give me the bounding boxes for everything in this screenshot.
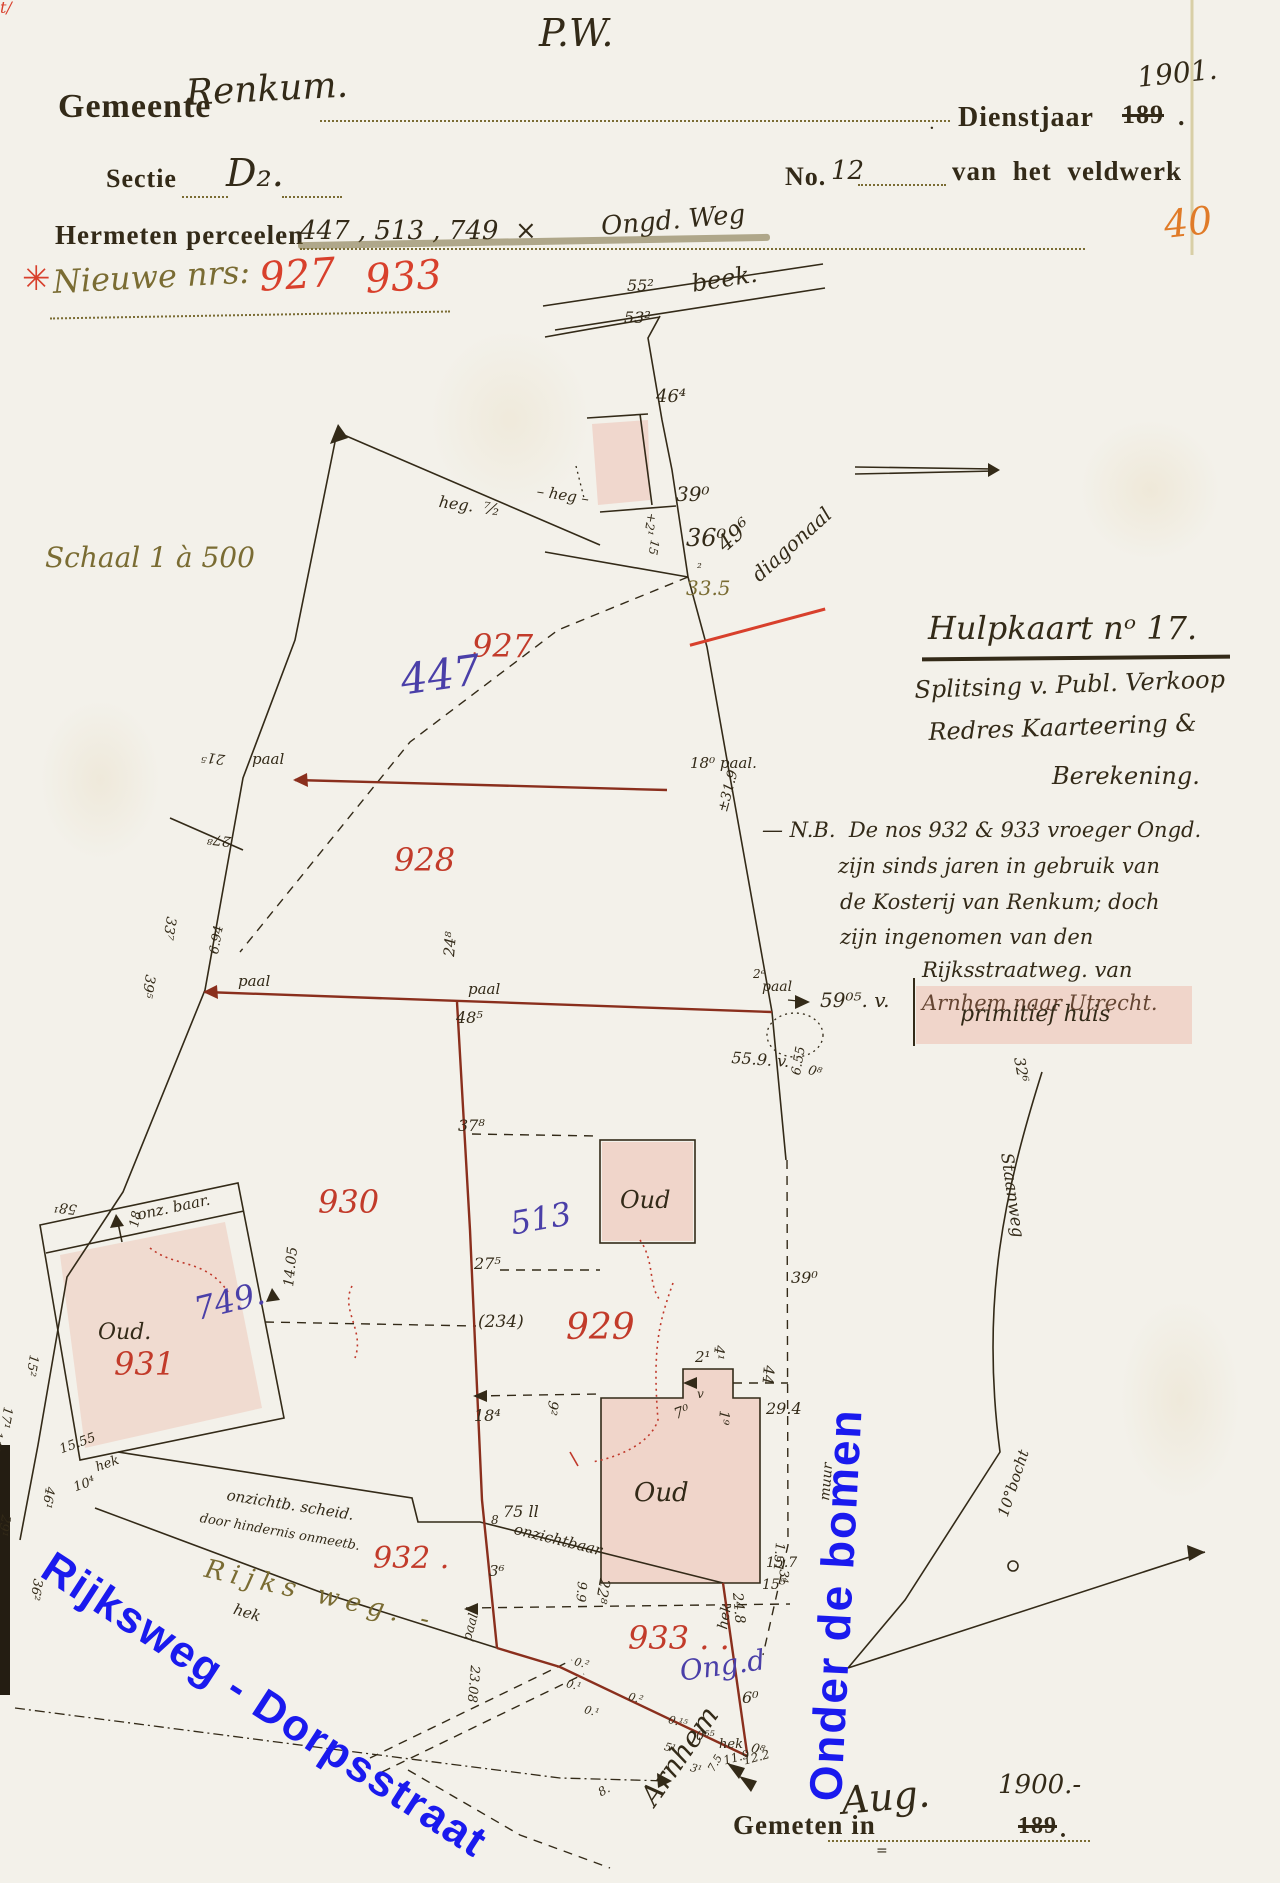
note-divider	[913, 978, 915, 1046]
map-label-9: +2¹	[642, 512, 658, 536]
dotted-rule	[320, 120, 950, 122]
map-label-73: 932 .	[373, 1544, 449, 1574]
map-label-44: 1.51	[771, 1542, 786, 1572]
new-numbers-star: ✳	[22, 262, 51, 296]
map-label-77: 3⁶	[489, 1564, 505, 1579]
parcel-931-wash	[60, 1222, 262, 1448]
map-label-21: 27⁸	[207, 831, 232, 848]
gemeente-value: Renkum.	[185, 68, 349, 112]
map-label-16: 927	[472, 630, 533, 662]
primitief-huis-label: primitief huis	[960, 1004, 1110, 1026]
scan-edge-mark	[0, 1445, 10, 1695]
map-label-59: 58¹	[53, 1199, 78, 1216]
map-label-53: Oud	[620, 1188, 671, 1212]
red-arrowheads	[203, 773, 308, 999]
map-label-31: 59⁰⁵. v.	[820, 990, 889, 1010]
map-label-14: 18⁰ paal.	[690, 756, 757, 771]
sheet-number: 40	[1162, 201, 1214, 244]
map-label-18: 928	[394, 844, 455, 876]
map-label-6: 39⁰	[676, 484, 709, 504]
map-label-35: 32⁶	[1011, 1056, 1030, 1083]
gemeten-value: Aug.	[840, 1774, 931, 1820]
no-label: No.	[785, 164, 826, 190]
map-label-30: paal	[762, 980, 792, 994]
map-label-93: 0.¹	[583, 1704, 600, 1718]
map-label-48: 9.9	[573, 1581, 588, 1603]
map-label-49: 930	[318, 1186, 379, 1218]
map-label-12: 33.5	[686, 578, 731, 598]
nb-line-4: zijn ingenomen van den	[840, 927, 1093, 948]
map-label-28: 48⁵	[456, 1010, 483, 1026]
map-label-84: 6⁰	[742, 1690, 759, 1706]
map-label-74: 75 ll	[503, 1504, 539, 1520]
dotted-rule	[858, 184, 946, 186]
map-label-56: 18⁴	[474, 1408, 501, 1424]
dotted-rule	[828, 1840, 1090, 1842]
map-label-11: ²	[697, 562, 702, 574]
map-label-65: 2¹	[695, 1350, 711, 1365]
map-label-10: 15	[647, 539, 661, 556]
map-label-91: 0.²	[573, 1656, 590, 1670]
map-label-47: 22⁸	[593, 1577, 612, 1604]
scale-note: Schaal 1 à 500	[45, 544, 255, 572]
map-label-19: paal	[252, 752, 284, 767]
map-label-45: 3⁴	[776, 1569, 790, 1584]
map-label-0: 55²	[627, 278, 654, 294]
map-label-66: 4¹	[711, 1345, 726, 1361]
nb-line-1: — N.B. De nos 932 & 933 vroeger Ongd.	[762, 820, 1201, 841]
new-numbers-label: Nieuwe nrs:	[52, 256, 251, 298]
map-label-25: paal	[238, 974, 270, 989]
gemeten-dot: .	[1060, 1818, 1067, 1842]
nb-line-2: zijn sinds jaren in gebruik van	[838, 856, 1160, 877]
dotted-rule	[182, 196, 228, 198]
oud-building-wash	[601, 1369, 760, 1583]
map-label-32: 55.9. v.	[731, 1050, 790, 1070]
map-label-57: 9²	[544, 1400, 560, 1417]
map-label-92: 0.¹	[565, 1678, 582, 1692]
map-label-27: paal	[468, 982, 500, 997]
map-label-81: 23.08	[465, 1665, 481, 1703]
dienstjaar-value: 1901.	[1136, 56, 1219, 92]
map-label-64: 14.05	[282, 1246, 300, 1287]
sectie-value: D₂.	[226, 154, 284, 192]
gemeten-eq: =	[876, 1844, 888, 1858]
map-label-94: 0.²	[627, 1691, 644, 1705]
map-label-20: 21⁵	[201, 749, 226, 766]
note-line-3: Berekening.	[1052, 764, 1200, 788]
hulpkaart-title: Hulpkaart nᵒ 17.	[928, 612, 1197, 644]
map-label-99: 15²	[23, 1354, 40, 1378]
dot: .	[930, 118, 935, 133]
map-label-17: 447	[398, 649, 483, 702]
map-label-1: 53²	[624, 310, 651, 326]
map-label-50: 513	[508, 1197, 574, 1239]
map-label-70: Oud	[634, 1480, 689, 1506]
map-label-55: 929	[566, 1310, 635, 1346]
dienstjaar-old: 189	[1122, 102, 1164, 128]
map-label-54: (234)	[478, 1314, 524, 1331]
gemeten-year: 1900.-	[998, 1772, 1081, 1798]
no-suffix: van het veldwerk	[952, 158, 1182, 185]
map-label-67: v	[697, 1388, 704, 1400]
no-value: 12	[831, 158, 864, 184]
map-label-63: 931	[114, 1348, 175, 1380]
new-numbers-sep: t/	[0, 0, 12, 16]
gemeten-old: 189	[1018, 1814, 1057, 1838]
dienstjaar-dot: .	[1178, 104, 1186, 130]
dotted-rule	[282, 196, 342, 198]
map-label-75: 8	[491, 1514, 499, 1526]
map-label-61: Oud.	[98, 1322, 151, 1344]
dienstjaar-label: Dienstjaar	[958, 104, 1094, 132]
map-label-69: 1⁹	[716, 1410, 731, 1426]
veldwerk-sheet: P.W. Gemeente Renkum. . Dienstjaar 189 .…	[0, 0, 1280, 1883]
map-label-90: hek	[716, 1603, 734, 1631]
building-wash	[592, 420, 650, 505]
map-label-39: 39⁰	[791, 1270, 818, 1286]
map-label-22: 33⁷	[160, 916, 178, 942]
map-label-52: 37⁸	[458, 1118, 485, 1134]
new-numbers-to: 933	[364, 255, 443, 300]
doc-mark: P.W.	[539, 14, 613, 52]
map-label-103: 46¹	[39, 1486, 56, 1510]
hermeten-label: Hermeten perceelen	[55, 222, 304, 249]
map-label-40: 44	[759, 1365, 776, 1385]
map-label-5: 46⁴	[656, 388, 686, 406]
map-label-51: 27⁵	[474, 1256, 501, 1272]
dotted-rule	[300, 248, 1085, 250]
nb-line-3: de Kosterij van Renkum; doch	[840, 892, 1160, 913]
map-label-60: 18	[128, 1210, 144, 1229]
map-label-23: 39⁵	[139, 974, 157, 1000]
map-label-41: 29.4	[766, 1401, 802, 1417]
sectie-label: Sectie	[106, 166, 177, 192]
map-label-26: 24⁸	[442, 931, 459, 957]
new-numbers-from: 927	[258, 253, 337, 298]
nb-line-5: Rijksstraatweg. van	[922, 960, 1132, 981]
